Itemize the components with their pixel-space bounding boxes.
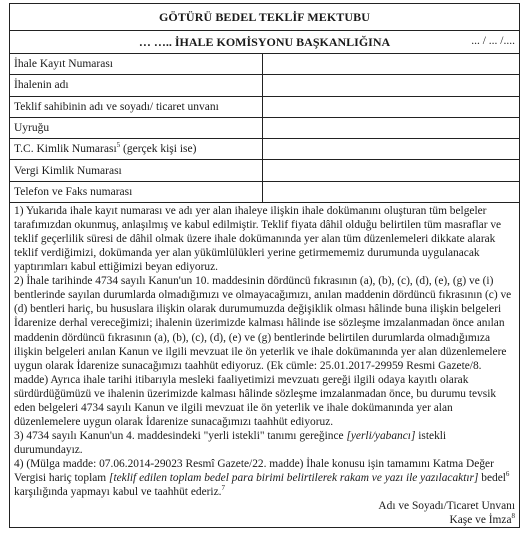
clause-3-text: 3) 4734 sayılı Kanun'un 4. maddesindeki … bbox=[14, 430, 346, 442]
field-label-phone-fax: Telefon ve Faks numarası bbox=[10, 181, 263, 202]
field-label-tender-registration-number: İhale Kayıt Numarası bbox=[10, 54, 263, 75]
field-value-bidder-name[interactable] bbox=[263, 96, 520, 117]
form-title-row: GÖTÜRÜ BEDEL TEKLİF MEKTUBU bbox=[10, 4, 519, 31]
bid-letter-form: GÖTÜRÜ BEDEL TEKLİF MEKTUBU … ….. İHALE … bbox=[9, 3, 520, 528]
addressee-row: … ….. İHALE KOMİSYONU BAŞKANLIĞINA ... /… bbox=[10, 31, 519, 54]
field-label-tender-name: İhalenin adı bbox=[10, 75, 263, 96]
footnote-marker: 8 bbox=[512, 512, 516, 520]
declaration-body: 1) Yukarıda ihale kayıt numarası ve adı … bbox=[10, 203, 519, 527]
table-row: Teklif sahibinin adı ve soyadı/ ticaret … bbox=[10, 96, 519, 117]
table-row: İhalenin adı bbox=[10, 75, 519, 96]
field-value-nationality[interactable] bbox=[263, 117, 520, 138]
field-label-nationality: Uyruğu bbox=[10, 117, 263, 138]
clause-3-placeholder: [yerli/yabancı] bbox=[346, 430, 415, 442]
declaration-clause-3: 3) 4734 sayılı Kanun'un 4. maddesindeki … bbox=[14, 429, 515, 457]
field-value-phone-fax[interactable] bbox=[263, 181, 520, 202]
field-label-tc-id-number: T.C. Kimlik Numarası5 (gerçek kişi ise) bbox=[10, 139, 263, 160]
footnote-marker: 7 bbox=[222, 484, 226, 492]
form-title: GÖTÜRÜ BEDEL TEKLİF MEKTUBU bbox=[159, 10, 370, 25]
tc-id-label-text: T.C. Kimlik Numarası bbox=[14, 143, 117, 155]
clause-4-text-end: karşılığında yapmayı kabul ve taahhüt ed… bbox=[14, 486, 222, 498]
table-row: T.C. Kimlik Numarası5 (gerçek kişi ise) bbox=[10, 139, 519, 160]
declaration-clause-4: 4) (Mülga madde: 07.06.2014-29023 Resmî … bbox=[14, 457, 515, 499]
footnote-marker: 6 bbox=[506, 470, 510, 478]
field-label-bidder-name: Teklif sahibinin adı ve soyadı/ ticaret … bbox=[10, 96, 263, 117]
date-placeholder[interactable]: ... / ... /.... bbox=[471, 35, 515, 47]
clause-4-text-mid: bedel bbox=[478, 472, 506, 484]
declaration-clause-2: 2) İhale tarihinde 4734 sayılı Kanun'un … bbox=[14, 274, 515, 429]
stamp-signature-label: Kaşe ve İmza bbox=[450, 514, 512, 526]
tc-id-label-suffix: (gerçek kişi ise) bbox=[120, 143, 196, 155]
field-value-tc-id-number[interactable] bbox=[263, 139, 520, 160]
table-row: Vergi Kimlik Numarası bbox=[10, 160, 519, 181]
field-value-tax-id-number[interactable] bbox=[263, 160, 520, 181]
field-label-tax-id-number: Vergi Kimlik Numarası bbox=[10, 160, 263, 181]
field-value-tender-registration-number[interactable] bbox=[263, 54, 520, 75]
signature-name-line: Adı ve Soyadı/Ticaret Unvanı bbox=[14, 499, 515, 513]
bidder-info-table: İhale Kayıt Numarası İhalenin adı Teklif… bbox=[10, 54, 519, 203]
clause-4-placeholder: [teklif edilen toplam bedel para birimi … bbox=[109, 472, 478, 484]
signature-stamp-line: Kaşe ve İmza8 bbox=[14, 513, 515, 527]
declaration-clause-1: 1) Yukarıda ihale kayıt numarası ve adı … bbox=[14, 204, 515, 274]
signature-block: Adı ve Soyadı/Ticaret Unvanı Kaşe ve İmz… bbox=[14, 499, 515, 527]
table-row: Uyruğu bbox=[10, 117, 519, 138]
addressee-heading: … ….. İHALE KOMİSYONU BAŞKANLIĞINA bbox=[139, 35, 390, 50]
field-value-tender-name[interactable] bbox=[263, 75, 520, 96]
table-row: İhale Kayıt Numarası bbox=[10, 54, 519, 75]
table-row: Telefon ve Faks numarası bbox=[10, 181, 519, 202]
